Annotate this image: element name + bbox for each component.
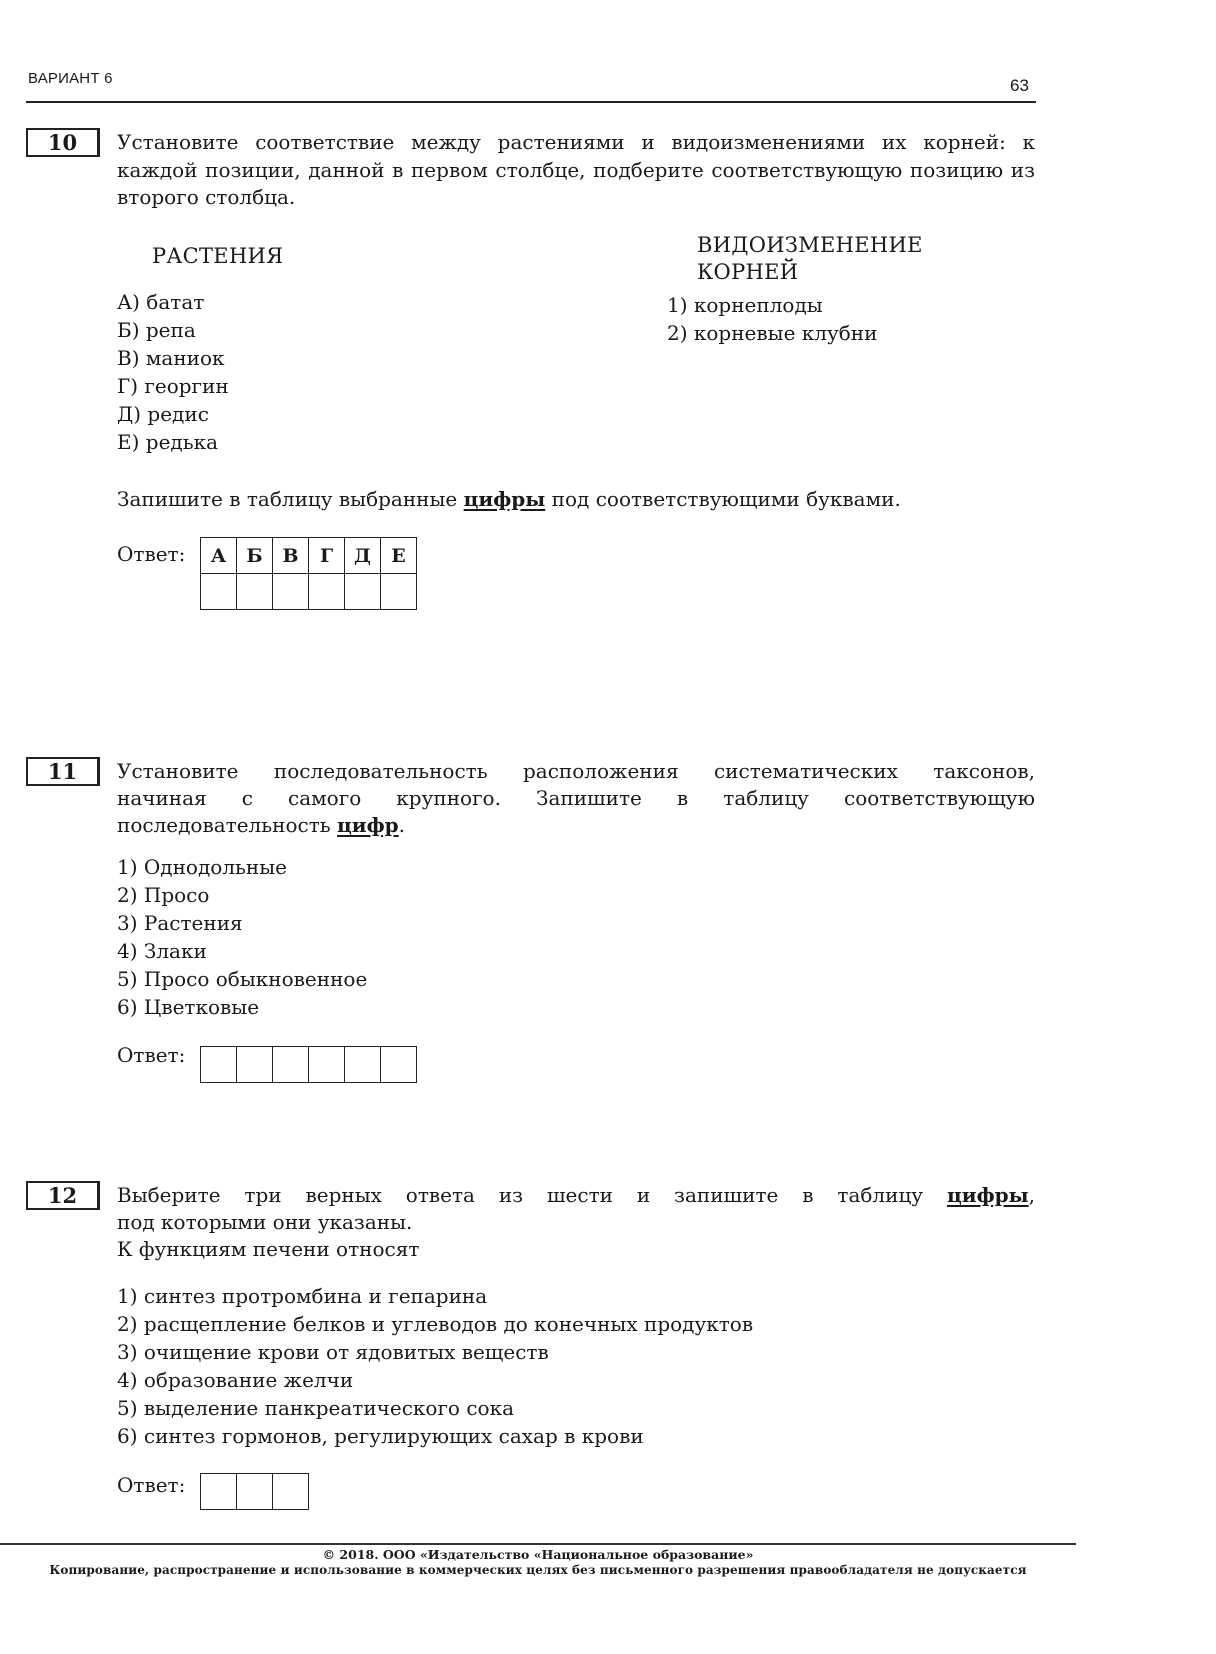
answer-header-cell: Д [345, 538, 381, 574]
right-column-heading: ВИДОИЗМЕНЕНИЕ КОРНЕЙ [697, 232, 923, 286]
answer-cell[interactable] [273, 1047, 309, 1083]
list-item: 5) выделение панкреатического сока [117, 1394, 753, 1422]
list-item: 1) Однодольные [117, 853, 367, 881]
task-number: 11 [26, 757, 100, 786]
list-item: В) маниок [117, 344, 229, 372]
answer-cell[interactable] [201, 574, 237, 610]
answer-label: Ответ: [117, 1043, 185, 1067]
taxa-list: 1) Однодольные 2) Просо 3) Растения 4) З… [117, 853, 367, 1021]
list-item: 2) Просо [117, 881, 367, 909]
list-item: Д) редис [117, 400, 229, 428]
list-item: 5) Просо обыкновенное [117, 965, 367, 993]
answer-header-cell: В [273, 538, 309, 574]
list-item: А) батат [117, 288, 229, 316]
answer-header-cell: А [201, 538, 237, 574]
list-item: 2) корневые клубни [667, 319, 877, 347]
task-instruction: Запишите в таблицу выбранные цифры под с… [117, 486, 1035, 514]
task-prompt-line: К функциям печени относят [117, 1236, 1035, 1264]
answer-grid: А Б В Г Д Е [200, 537, 417, 610]
list-item: 6) синтез гормонов, регулирующих сахар в… [117, 1422, 753, 1450]
variant-label: ВАРИАНТ 6 [28, 70, 113, 87]
answer-header-cell: Е [381, 538, 417, 574]
answer-grid [200, 1473, 309, 1510]
answer-cell[interactable] [273, 574, 309, 610]
list-item: 3) очищение крови от ядовитых веществ [117, 1338, 753, 1366]
answer-cell[interactable] [345, 574, 381, 610]
task-prompt-line: под которыми они указаны. [117, 1209, 1035, 1237]
plants-list: А) батат Б) репа В) маниок Г) георгин Д)… [117, 288, 229, 456]
list-item: 3) Растения [117, 909, 367, 937]
answer-cell[interactable] [381, 1047, 417, 1083]
task-prompt: Установите соответствие между растениями… [117, 129, 1035, 212]
copyright-line: © 2018. ООО «Издательство «Национальное … [0, 1547, 1076, 1562]
task-number: 10 [26, 128, 100, 157]
answer-header-cell: Г [309, 538, 345, 574]
answer-label: Ответ: [117, 542, 185, 566]
list-item: Е) редька [117, 428, 229, 456]
list-item: 4) Злаки [117, 937, 367, 965]
answer-cell[interactable] [237, 574, 273, 610]
page-number: 63 [1010, 76, 1029, 96]
answer-cell[interactable] [273, 1474, 309, 1510]
answer-cell[interactable] [345, 1047, 381, 1083]
answer-label: Ответ: [117, 1473, 185, 1497]
root-modifications-list: 1) корнеплоды 2) корневые клубни [667, 291, 877, 347]
answer-cell[interactable] [237, 1474, 273, 1510]
list-item: 6) Цветковые [117, 993, 367, 1021]
footer-divider [0, 1543, 1076, 1545]
answer-cell[interactable] [309, 1047, 345, 1083]
list-item: 1) синтез протромбина и гепарина [117, 1282, 753, 1310]
copyright-notice: Копирование, распространение и использов… [0, 1563, 1076, 1577]
list-item: 2) расщепление белков и углеводов до кон… [117, 1310, 753, 1338]
task-prompt-line: Выберите три верных ответа из шести и за… [117, 1182, 1035, 1210]
answer-cell[interactable] [201, 1474, 237, 1510]
answer-cell[interactable] [309, 574, 345, 610]
answer-grid [200, 1046, 417, 1083]
task-number: 12 [26, 1181, 100, 1210]
task-prompt-line: Установите последовательность расположен… [117, 758, 1035, 786]
liver-functions-list: 1) синтез протромбина и гепарина 2) расщ… [117, 1282, 753, 1450]
list-item: 1) корнеплоды [667, 291, 877, 319]
header-divider [26, 101, 1036, 103]
list-item: Б) репа [117, 316, 229, 344]
answer-cell[interactable] [237, 1047, 273, 1083]
list-item: 4) образование желчи [117, 1366, 753, 1394]
answer-cell[interactable] [381, 574, 417, 610]
task-prompt-line: последовательность цифр. [117, 812, 1035, 840]
answer-cell[interactable] [201, 1047, 237, 1083]
task-prompt-line: начиная с самого крупного. Запишите в та… [117, 785, 1035, 813]
left-column-heading: РАСТЕНИЯ [152, 243, 283, 270]
list-item: Г) георгин [117, 372, 229, 400]
answer-header-cell: Б [237, 538, 273, 574]
